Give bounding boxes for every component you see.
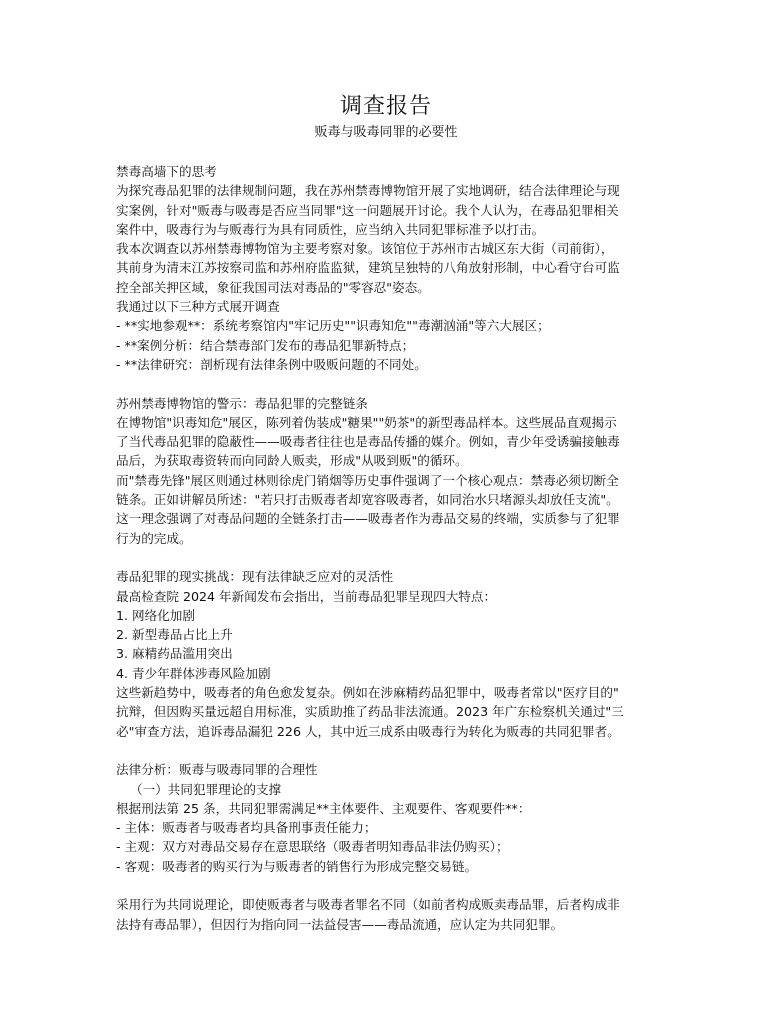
spacer [116, 374, 656, 393]
paragraph-line: 法持有毒品罪），但因行为指向同一法益侵害——毒品流通，应认定为共同犯罪。 [116, 915, 656, 934]
page-title: 调查报告 [116, 92, 656, 122]
page-subtitle: 贩毒与吸毒同罪的必要性 [116, 124, 656, 142]
paragraph-line: 控全部关押区域，象征我国司法对毒品的"零容忍"姿态。 [116, 278, 656, 297]
section-2: 苏州禁毒博物馆的警示：毒品犯罪的完整链条 在博物馆"识毒知危"展区，陈列着伪装成… [116, 394, 656, 548]
section-heading: 禁毒高墙下的思考 [116, 162, 656, 181]
section-subheading: （一）共同犯罪理论的支撑 [116, 780, 656, 799]
paragraph-line: 采用行为共同说理论，即使贩毒者与吸毒者罪名不同（如前者构成贩卖毒品罪，后者构成非 [116, 895, 656, 914]
section-3: 毒品犯罪的现实挑战：现有法律缺乏应对的灵活性 最高检查院 2024 年新闻发布会… [116, 567, 656, 741]
list-item: 4. 青少年群体涉毒风险加剧 [116, 664, 656, 683]
paragraph-line: 我本次调查以苏州禁毒博物馆为主要考察对象。该馆位于苏州市古城区东大街（司前街）， [116, 239, 656, 258]
list-item: - 主观：双方对毒品交易存在意思联络（吸毒者明知毒品非法仍购买）； [116, 837, 656, 856]
list-item: 1. 网络化加剧 [116, 606, 656, 625]
section-4: 法律分析：贩毒与吸毒同罪的合理性 （一）共同犯罪理论的支撑 根据刑法第 25 条… [116, 760, 656, 934]
list-item: - 客观：吸毒者的购买行为与贩毒者的销售行为形成完整交易链。 [116, 857, 656, 876]
list-item: 3. 麻精药品滥用突出 [116, 644, 656, 663]
paragraph-line: 必"审查方法，追诉毒品漏犯 226 人，其中近三成系由吸毒行为转化为贩毒的共同犯… [116, 722, 656, 741]
section-heading: 法律分析：贩毒与吸毒同罪的合理性 [116, 760, 656, 779]
paragraph-line: 根据刑法第 25 条，共同犯罪需满足**主体要件、主观要件、客观要件**： [116, 799, 656, 818]
paragraph-line: 了当代毒品犯罪的隐蔽性——吸毒者往往也是毒品传播的媒介。例如，青少年受诱骗接触毒 [116, 432, 656, 451]
list-item: 2. 新型毒品占比上升 [116, 625, 656, 644]
paragraph-line: 案件中，吸毒行为与贩毒行为具有同质性，应当纳入共同犯罪标准予以打击。 [116, 220, 656, 239]
spacer [116, 876, 656, 895]
list-item: - **法律研究：剖析现有法律条例中吸贩问题的不同处。 [116, 355, 656, 374]
spacer [116, 741, 656, 760]
paragraph-line: 为探究毒品犯罪的法律规制问题，我在苏州禁毒博物馆开展了实地调研，结合法律理论与现 [116, 181, 656, 200]
section-heading: 毒品犯罪的现实挑战：现有法律缺乏应对的灵活性 [116, 567, 656, 586]
paragraph-line: 链条。正如讲解员所述："若只打击贩毒者却宽容吸毒者，如同治水只堵源头却放任支流"… [116, 490, 656, 509]
paragraph-line: 行为的完成。 [116, 529, 656, 548]
paragraph-line: 我通过以下三种方式展开调查 [116, 297, 656, 316]
paragraph-line: 其前身为清末江苏按察司监和苏州府监监狱，建筑呈独特的八角放射形制，中心看守台可监 [116, 258, 656, 277]
paragraph-line: 这一理念强调了对毒品问题的全链条打击——吸毒者作为毒品交易的终端，实质参与了犯罪 [116, 509, 656, 528]
paragraph-line: 这些新趋势中，吸毒者的角色愈发复杂。例如在涉麻精药品犯罪中，吸毒者常以"医疗目的… [116, 683, 656, 702]
paragraph-line: 最高检查院 2024 年新闻发布会指出，当前毒品犯罪呈现四大特点： [116, 587, 656, 606]
paragraph-line: 而"禁毒先锋"展区则通过林则徐虎门销烟等历史事件强调了一个核心观点：禁毒必须切断… [116, 471, 656, 490]
list-item: - 主体：贩毒者与吸毒者均具备刑事责任能力； [116, 818, 656, 837]
section-heading: 苏州禁毒博物馆的警示：毒品犯罪的完整链条 [116, 394, 656, 413]
list-item: - **实地参观**：系统考察馆内"牢记历史""识毒知危""毒潮汹涌"等六大展区… [116, 316, 656, 335]
paragraph-line: 品后，为获取毒资转而向同龄人贩卖，形成"从吸到贩"的循环。 [116, 451, 656, 470]
paragraph-line: 实案例，针对"贩毒与吸毒是否应当同罪"这一问题展开讨论。我个人认为，在毒品犯罪相… [116, 201, 656, 220]
document-body: 禁毒高墙下的思考 为探究毒品犯罪的法律规制问题，我在苏州禁毒博物馆开展了实地调研… [116, 162, 656, 934]
spacer [116, 548, 656, 567]
section-1: 禁毒高墙下的思考 为探究毒品犯罪的法律规制问题，我在苏州禁毒博物馆开展了实地调研… [116, 162, 656, 374]
list-item: - **案例分析：结合禁毒部门发布的毒品犯罪新特点； [116, 336, 656, 355]
paragraph-line: 在博物馆"识毒知危"展区，陈列着伪装成"糖果""奶茶"的新型毒品样本。这些展品直… [116, 413, 656, 432]
paragraph-line: 抗辩，但因购买量远超自用标准，实质助推了药品非法流通。2023 年广东检察机关通… [116, 702, 656, 721]
